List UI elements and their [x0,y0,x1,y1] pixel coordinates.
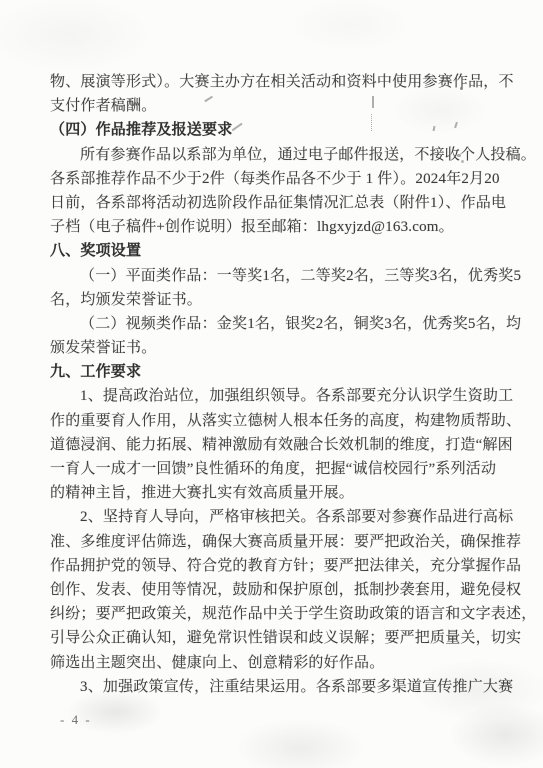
text-line: 2、坚持育人导向，严格审核把关。各系部要对参赛作品进行高标 [50,505,505,529]
document-body: 物、展演等形式）。大赛主办方在相关活动和资料中使用参赛作品，不 支付作者稿酬。 … [50,70,505,699]
text-line: （二）视频类作品：金奖1名，银奖2名，铜奖3名，优秀奖5名，均 [50,312,505,336]
text-line: 颁发荣誉证书。 [50,336,505,360]
text-line: 一育人一成才一回馈”良性循环的角度，把握“诚信校园行”系列活动 [50,457,505,481]
text-line: 准、多维度评估筛选，确保大赛高质量开展：要严把政治关，确保推荐 [50,530,505,554]
text-line: 创作、发表、使用等情况，鼓励和保护原创，抵制抄袭套用，避免侵权 [50,578,505,602]
text-line: 筛选出主题突出、健康向上、创意精彩的好作品。 [50,651,505,675]
text-line: 作的重要育人作用，从落实立德树人根本任务的高度，构建物质帮助、 [50,409,505,433]
text-line: 的精神主旨，推进大赛扎实有效高质量开展。 [50,481,505,505]
text-line: 物、展演等形式）。大赛主办方在相关活动和资料中使用参赛作品，不 [50,70,505,94]
text-line: 引导公众正确认知，避免常识性错误和歧义误解；要严把质量关，切实 [50,626,505,650]
section-heading-work-requirements: 九、工作要求 [50,360,505,384]
text-line: 支付作者稿酬。 [50,94,505,118]
text-line: 所有参赛作品以系部为单位，通过电子邮件报送，不接收个人投稿。 [50,143,505,167]
text-line: 日前，各系部将活动初选阶段作品征集情况汇总表（附件1）、作品电 [50,191,505,215]
section-heading-awards: 八、奖项设置 [50,239,505,263]
text-line: 名，均颁发荣誉证书。 [50,288,505,312]
text-line-email: 子档（电子稿件+创作说明）报至邮箱：lhgxyjzd@163.com。 [50,215,505,239]
section-heading-submission-requirements: （四）作品推荐及报送要求 [50,118,505,142]
text-line: 道德浸润、能力拓展、精神激励有效融合长效机制的维度，打造“解困 [50,433,505,457]
text-line: 3、加强政策宣传，注重结果运用。各系部要多渠道宣传推广大赛 [50,675,505,699]
text-line: （一）平面类作品：一等奖1名，二等奖2名，三等奖3名，优秀奖5 [50,264,505,288]
text-line: 作品拥护党的领导、符合党的教育方针；要严把法律关，充分掌握作品 [50,554,505,578]
scanned-document-page: 物、展演等形式）。大赛主办方在相关活动和资料中使用参赛作品，不 支付作者稿酬。 … [0,0,543,768]
text-line: 1、提高政治站位，加强组织领导。各系部要充分认识学生资助工 [50,384,505,408]
text-line: 各系部推荐作品不少于2件（每类作品各不少于 1 件）。2024年2月20 [50,167,505,191]
page-number: - 4 - [60,712,92,728]
text-line: 纠纷；要严把政策关，规范作品中关于学生资助政策的语言和文字表述， [50,602,505,626]
